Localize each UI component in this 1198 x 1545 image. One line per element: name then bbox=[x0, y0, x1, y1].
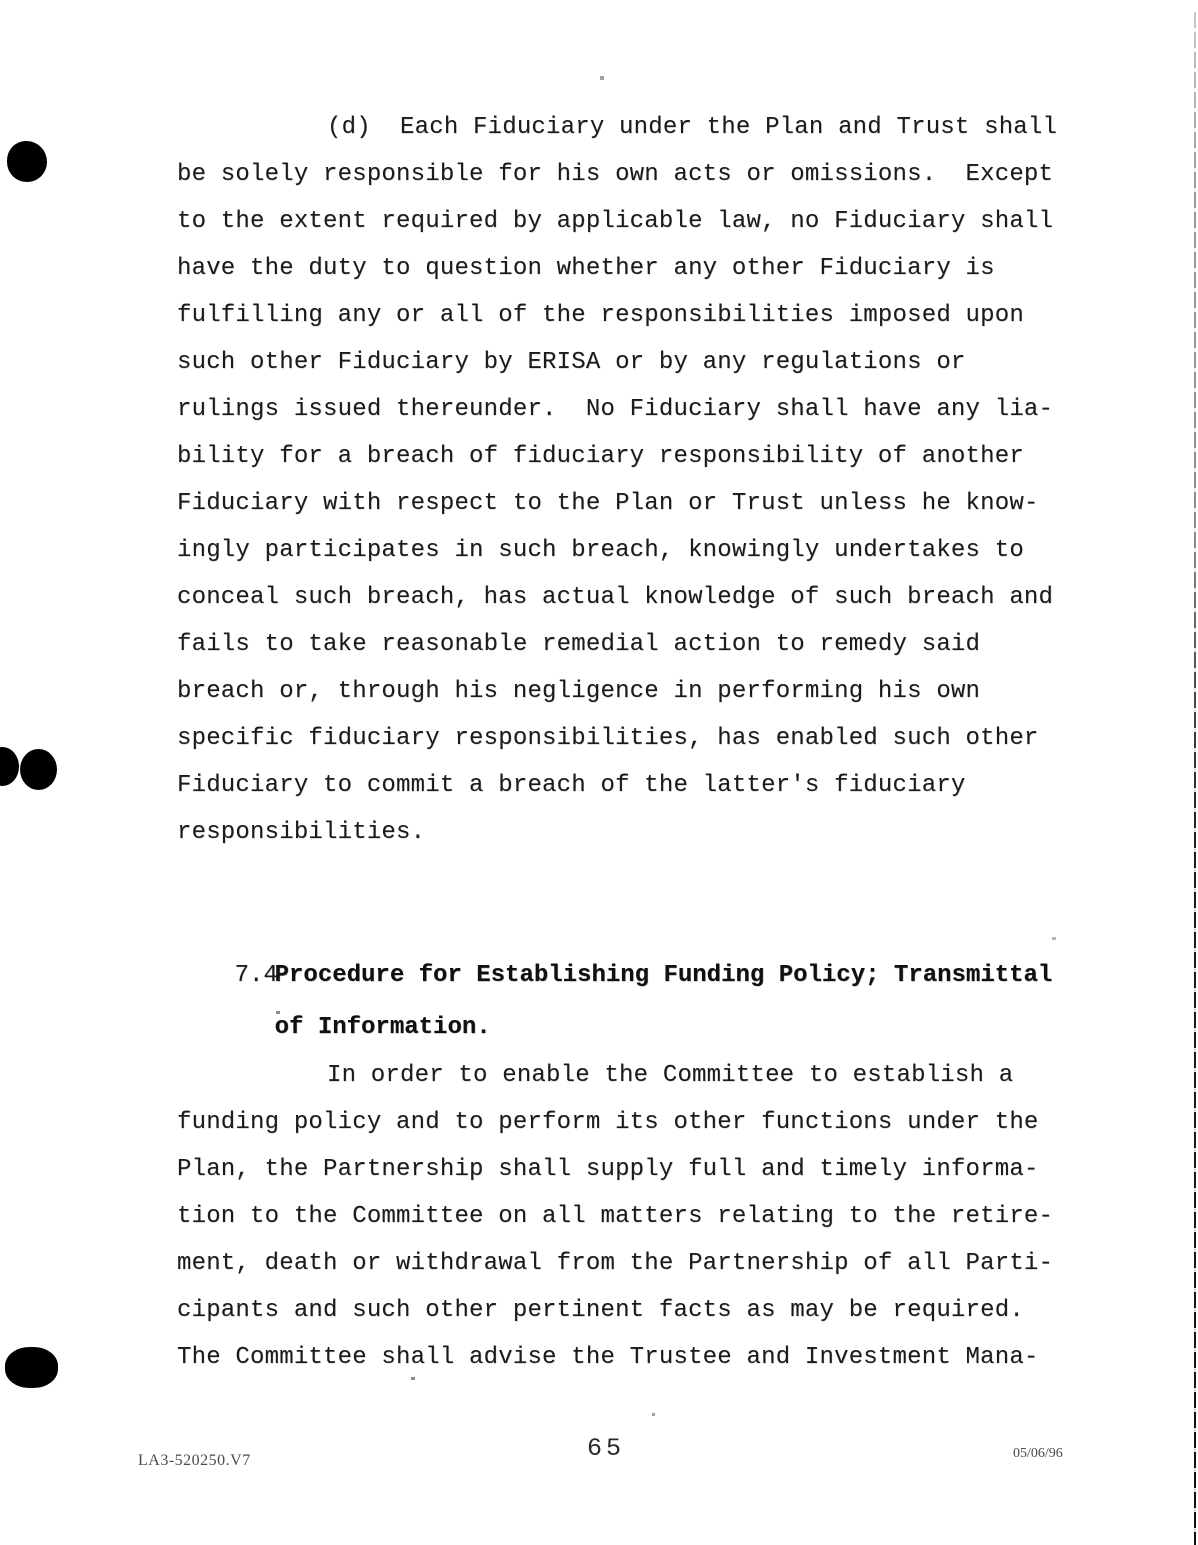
text-line: ingly participates in such breach, knowi… bbox=[177, 527, 1077, 574]
text-line: Fiduciary to commit a breach of the latt… bbox=[177, 762, 1077, 809]
text-line: The Committee shall advise the Trustee a… bbox=[177, 1334, 1077, 1381]
paragraph-d: (d) Each Fiduciary under the Plan and Tr… bbox=[177, 104, 1077, 856]
text-line: funding policy and to perform its other … bbox=[177, 1099, 1077, 1146]
text-line: breach or, through his negligence in per… bbox=[177, 668, 1077, 715]
hole-punch-mark-middle-left bbox=[0, 747, 19, 786]
text-line: have the duty to question whether any ot… bbox=[177, 245, 1077, 292]
paragraph-funding-policy: In order to enable the Committee to esta… bbox=[177, 1052, 1077, 1381]
scan-speck bbox=[1052, 937, 1056, 940]
text-line: cipants and such other pertinent facts a… bbox=[177, 1287, 1077, 1334]
text-line: (d) Each Fiduciary under the Plan and Tr… bbox=[177, 104, 1077, 151]
text-line: In order to enable the Committee to esta… bbox=[177, 1052, 1077, 1099]
text-line: fulfilling any or all of the responsibil… bbox=[177, 292, 1077, 339]
hole-punch-mark-bottom bbox=[5, 1347, 58, 1388]
text-line: Plan, the Partnership shall supply full … bbox=[177, 1146, 1077, 1193]
scanned-document-page: (d) Each Fiduciary under the Plan and Tr… bbox=[0, 0, 1198, 1545]
text-line: tion to the Committee on all matters rel… bbox=[177, 1193, 1077, 1240]
text-line: be solely responsible for his own acts o… bbox=[177, 151, 1077, 198]
scan-artifact-line bbox=[1194, 12, 1196, 1545]
footer-date: 05/06/96 bbox=[1013, 1446, 1063, 1462]
text-line: conceal such breach, has actual knowledg… bbox=[177, 574, 1077, 621]
text-line: specific fiduciary responsibilities, has… bbox=[177, 715, 1077, 762]
scan-speck bbox=[652, 1413, 655, 1416]
text-line: fails to take reasonable remedial action… bbox=[177, 621, 1077, 668]
text-line: ment, death or withdrawal from the Partn… bbox=[177, 1240, 1077, 1287]
text-line: Fiduciary with respect to the Plan or Tr… bbox=[177, 480, 1077, 527]
text-line: such other Fiduciary by ERISA or by any … bbox=[177, 339, 1077, 386]
footer-document-id: LA3-520250.V7 bbox=[138, 1452, 251, 1470]
section-title-line2: of Information. bbox=[275, 1014, 491, 1041]
text-line: rulings issued thereunder. No Fiduciary … bbox=[177, 386, 1077, 433]
text-line: bility for a breach of fiduciary respons… bbox=[177, 433, 1077, 480]
hole-punch-mark-middle-right bbox=[20, 749, 57, 790]
footer-page-number: 65 bbox=[587, 1434, 625, 1463]
hole-punch-mark-top bbox=[7, 141, 47, 182]
scan-speck bbox=[600, 76, 604, 80]
text-line: responsibilities. bbox=[177, 809, 1077, 856]
text-line: to the extent required by applicable law… bbox=[177, 198, 1077, 245]
